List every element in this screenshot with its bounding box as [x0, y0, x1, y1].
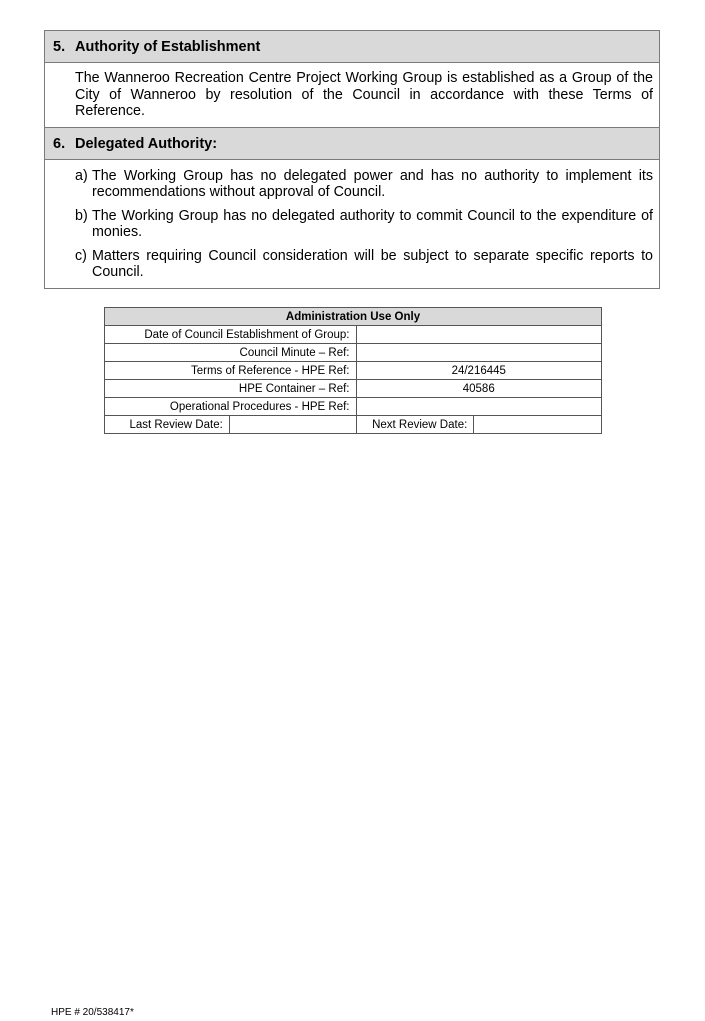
- next-review-label: Next Review Date:: [356, 416, 474, 434]
- administration-table: Administration Use Only Date of Council …: [104, 307, 602, 434]
- row-value: 40586: [356, 380, 602, 398]
- table-row: Operational Procedures - HPE Ref:: [105, 398, 602, 416]
- section-number: 5.: [53, 31, 75, 62]
- section-6-body: a) The Working Group has no delegated po…: [45, 160, 659, 288]
- section-title: Authority of Establishment: [75, 31, 260, 62]
- admin-table-title: Administration Use Only: [105, 308, 602, 326]
- section-title: Delegated Authority:: [75, 128, 217, 159]
- table-row: Terms of Reference - HPE Ref: 24/216445: [105, 362, 602, 380]
- section-number: 6.: [53, 128, 75, 159]
- row-label: HPE Container – Ref:: [105, 380, 357, 398]
- table-row: Last Review Date: Next Review Date:: [105, 416, 602, 434]
- table-row: Date of Council Establishment of Group:: [105, 326, 602, 344]
- list-item: c) Matters requiring Council considerati…: [75, 248, 653, 281]
- section-5-body: The Wanneroo Recreation Centre Project W…: [45, 63, 659, 128]
- row-label: Council Minute – Ref:: [105, 344, 357, 362]
- last-review-label: Last Review Date:: [105, 416, 230, 434]
- section-6-heading: 6. Delegated Authority:: [45, 128, 659, 160]
- row-value: [356, 326, 602, 344]
- table-row: HPE Container – Ref: 40586: [105, 380, 602, 398]
- list-text: The Working Group has no delegated power…: [92, 168, 653, 201]
- list-marker: c): [75, 248, 92, 281]
- footer-hpe-reference: HPE # 20/538417*: [51, 1007, 134, 1018]
- table-row: Council Minute – Ref:: [105, 344, 602, 362]
- last-review-value: [229, 416, 356, 434]
- list-text: Matters requiring Council consideration …: [92, 248, 653, 281]
- row-label: Operational Procedures - HPE Ref:: [105, 398, 357, 416]
- section-paragraph: The Wanneroo Recreation Centre Project W…: [75, 70, 653, 120]
- row-label: Terms of Reference - HPE Ref:: [105, 362, 357, 380]
- row-label: Date of Council Establishment of Group:: [105, 326, 357, 344]
- list-item: b) The Working Group has no delegated au…: [75, 208, 653, 241]
- row-value: [356, 344, 602, 362]
- list-marker: b): [75, 208, 92, 241]
- list-item: a) The Working Group has no delegated po…: [75, 168, 653, 201]
- terms-sections: 5. Authority of Establishment The Wanner…: [44, 30, 660, 289]
- row-value: [356, 398, 602, 416]
- row-value: 24/216445: [356, 362, 602, 380]
- list-text: The Working Group has no delegated autho…: [92, 208, 653, 241]
- section-5-heading: 5. Authority of Establishment: [45, 31, 659, 63]
- list-marker: a): [75, 168, 92, 201]
- next-review-value: [474, 416, 602, 434]
